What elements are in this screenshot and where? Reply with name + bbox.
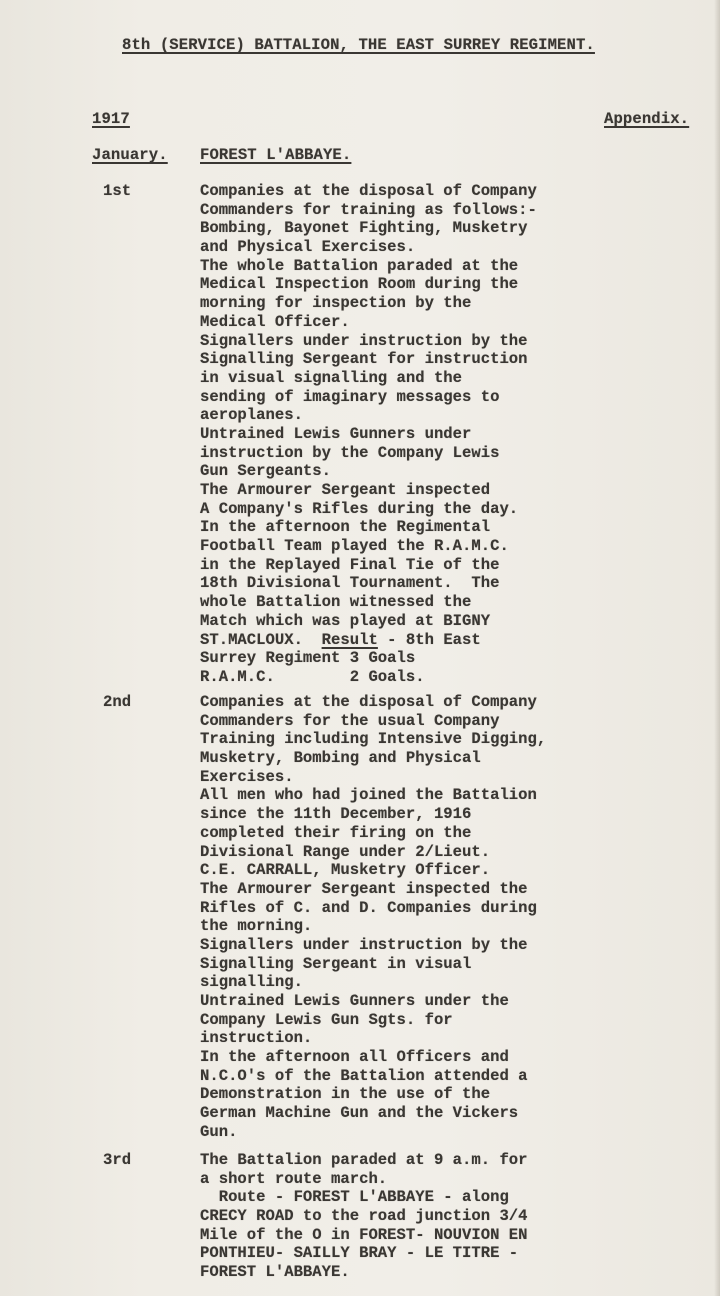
appendix-label: Appendix. — [604, 110, 689, 128]
entry-line: Signallers under instruction by the — [200, 936, 546, 955]
entry-line: Musketry, Bombing and Physical — [200, 749, 546, 768]
entry-line: R.A.M.C. 2 Goals. — [200, 668, 537, 687]
entry-line: Gun. — [200, 1123, 546, 1142]
document-title: 8th (SERVICE) BATTALION, THE EAST SURREY… — [122, 36, 595, 54]
entry-line: Bombing, Bayonet Fighting, Musketry — [200, 219, 537, 238]
entry-line: Medical Inspection Room during the — [200, 275, 537, 294]
entry-line: whole Battalion witnessed the — [200, 593, 537, 612]
entry-day-3rd: 3rd — [103, 1151, 131, 1169]
entry-line: Company Lewis Gun Sgts. for — [200, 1011, 546, 1030]
entry-line: In the afternoon the Regimental — [200, 518, 537, 537]
entry-line: PONTHIEU- SAILLY BRAY - LE TITRE - — [200, 1244, 528, 1263]
entry-line: completed their firing on the — [200, 824, 546, 843]
entry-line: Training including Intensive Digging, — [200, 730, 546, 749]
entry-line: Medical Officer. — [200, 313, 537, 332]
entry-line: Untrained Lewis Gunners under — [200, 425, 537, 444]
result-label: Result — [322, 631, 378, 649]
entry-line: the morning. — [200, 917, 546, 936]
entry-line: Mile of the O in FOREST- NOUVION EN — [200, 1226, 528, 1245]
entry-line: Gun Sergeants. — [200, 462, 537, 481]
entry-line: aeroplanes. — [200, 406, 537, 425]
location-heading: FOREST L'ABBAYE. — [200, 146, 351, 164]
entry-line: Exercises. — [200, 768, 546, 787]
entry-line: Commanders for the usual Company — [200, 712, 546, 731]
entry-line: Rifles of C. and D. Companies during — [200, 899, 546, 918]
entry-line: a short route march. — [200, 1170, 528, 1189]
page-edge-shadow — [714, 0, 720, 1296]
entry-line-result: ST.MACLOUX. Result - 8th East — [200, 631, 537, 650]
entry-line-text: ST.MACLOUX. — [200, 631, 322, 649]
entry-line: Football Team played the R.A.M.C. — [200, 537, 537, 556]
entry-line: and Physical Exercises. — [200, 238, 537, 257]
entry-line: CRECY ROAD to the road junction 3/4 — [200, 1207, 528, 1226]
entry-line: FOREST L'ABBAYE. — [200, 1263, 528, 1282]
entry-line: C.E. CARRALL, Musketry Officer. — [200, 861, 546, 880]
entry-line: All men who had joined the Battalion — [200, 786, 546, 805]
month-heading: January. — [92, 146, 168, 164]
entry-line: In the afternoon all Officers and — [200, 1048, 546, 1067]
result-text: - 8th East — [378, 631, 481, 649]
entry-line: The whole Battalion paraded at the — [200, 257, 537, 276]
entry-line: Signalling Sergeant in visual — [200, 955, 546, 974]
entry-line: Commanders for training as follows:- — [200, 201, 537, 220]
entry-line: Companies at the disposal of Company — [200, 182, 537, 201]
entry-line: Companies at the disposal of Company — [200, 693, 546, 712]
entry-line: 18th Divisional Tournament. The — [200, 574, 537, 593]
entry-body-3rd: The Battalion paraded at 9 a.m. for a sh… — [200, 1151, 528, 1282]
entry-line: Match which was played at BIGNY — [200, 612, 537, 631]
entry-line: Route - FOREST L'ABBAYE - along — [200, 1188, 528, 1207]
entry-line: instruction by the Company Lewis — [200, 444, 537, 463]
entry-line: since the 11th December, 1916 — [200, 805, 546, 824]
entry-line: morning for inspection by the — [200, 294, 537, 313]
entry-line: Divisional Range under 2/Lieut. — [200, 843, 546, 862]
entry-line: German Machine Gun and the Vickers — [200, 1104, 546, 1123]
entry-line: signalling. — [200, 973, 546, 992]
entry-line: instruction. — [200, 1029, 546, 1048]
entry-line: in the Replayed Final Tie of the — [200, 556, 537, 575]
entry-line: in visual signalling and the — [200, 369, 537, 388]
entry-line: Surrey Regiment 3 Goals — [200, 649, 537, 668]
entry-line: Untrained Lewis Gunners under the — [200, 992, 546, 1011]
entry-line: The Armourer Sergeant inspected — [200, 481, 537, 500]
entry-line: The Battalion paraded at 9 a.m. for — [200, 1151, 528, 1170]
entry-day-2nd: 2nd — [103, 693, 131, 711]
entry-body-1st: Companies at the disposal of Company Com… — [200, 182, 537, 687]
year-heading: 1917 — [92, 110, 130, 128]
entry-line: Demonstration in the use of the — [200, 1085, 546, 1104]
entry-line: The Armourer Sergeant inspected the — [200, 880, 546, 899]
entry-day-1st: 1st — [103, 182, 131, 200]
entry-line: Signalling Sergeant for instruction — [200, 350, 537, 369]
entry-line: N.C.O's of the Battalion attended a — [200, 1067, 546, 1086]
entry-line: A Company's Rifles during the day. — [200, 500, 537, 519]
entry-line: Signallers under instruction by the — [200, 332, 537, 351]
entry-line: sending of imaginary messages to — [200, 388, 537, 407]
entry-body-2nd: Companies at the disposal of Company Com… — [200, 693, 546, 1142]
